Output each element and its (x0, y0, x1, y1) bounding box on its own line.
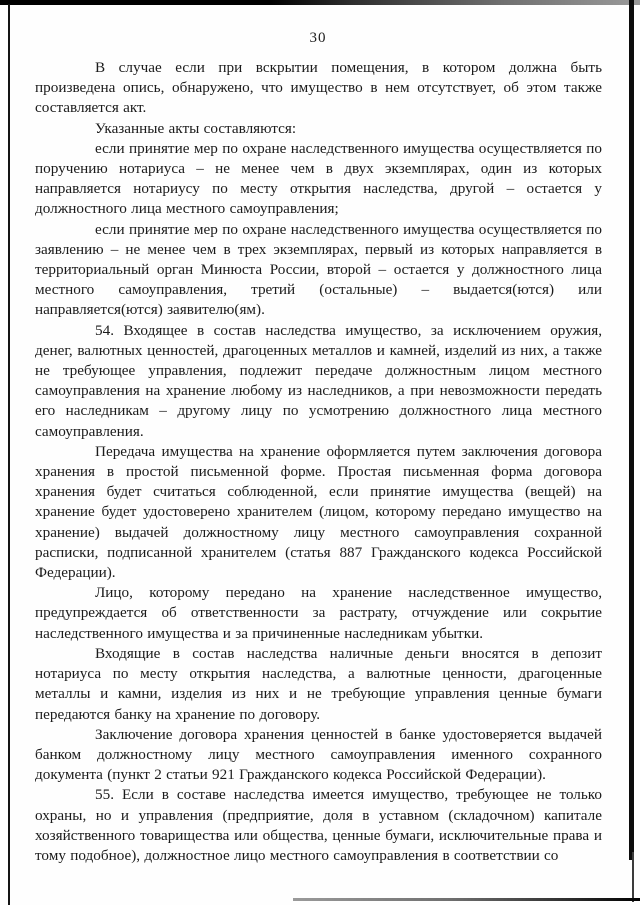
paragraph-storage-contract: Передача имущества на хранение оформляет… (35, 442, 602, 583)
paragraph-acts-intro: Указанные акты составляются: (35, 119, 602, 139)
page-border-right (629, 0, 634, 860)
paragraph-acts-by-notary: если принятие мер по охране наследственн… (35, 139, 602, 220)
paragraph-cash-deposit: Входящие в состав наследства наличные де… (35, 644, 602, 725)
paragraph-custodian-liability: Лицо, которому передано на хранение насл… (35, 583, 602, 644)
scan-edge-bottom (293, 898, 640, 901)
page-border-left (8, 4, 10, 905)
paragraph-acts-by-request: если принятие мер по охране наследственн… (35, 220, 602, 321)
paragraph-bank-document: Заключение договора хранения ценностей в… (35, 725, 602, 786)
document-body: В случае если при вскрытии помещения, в … (35, 58, 602, 866)
paragraph-act-note: В случае если при вскрытии помещения, в … (35, 58, 602, 119)
page-number: 30 (35, 30, 601, 47)
paragraph-item-55: 55. Если в составе наследства имеется им… (35, 785, 602, 866)
scan-edge-top (0, 0, 640, 5)
document-page: 30 В случае если при вскрытии помещения,… (0, 0, 640, 905)
scan-edge-right-bottom (632, 852, 634, 902)
paragraph-item-54: 54. Входящее в состав наследства имущест… (35, 321, 602, 442)
